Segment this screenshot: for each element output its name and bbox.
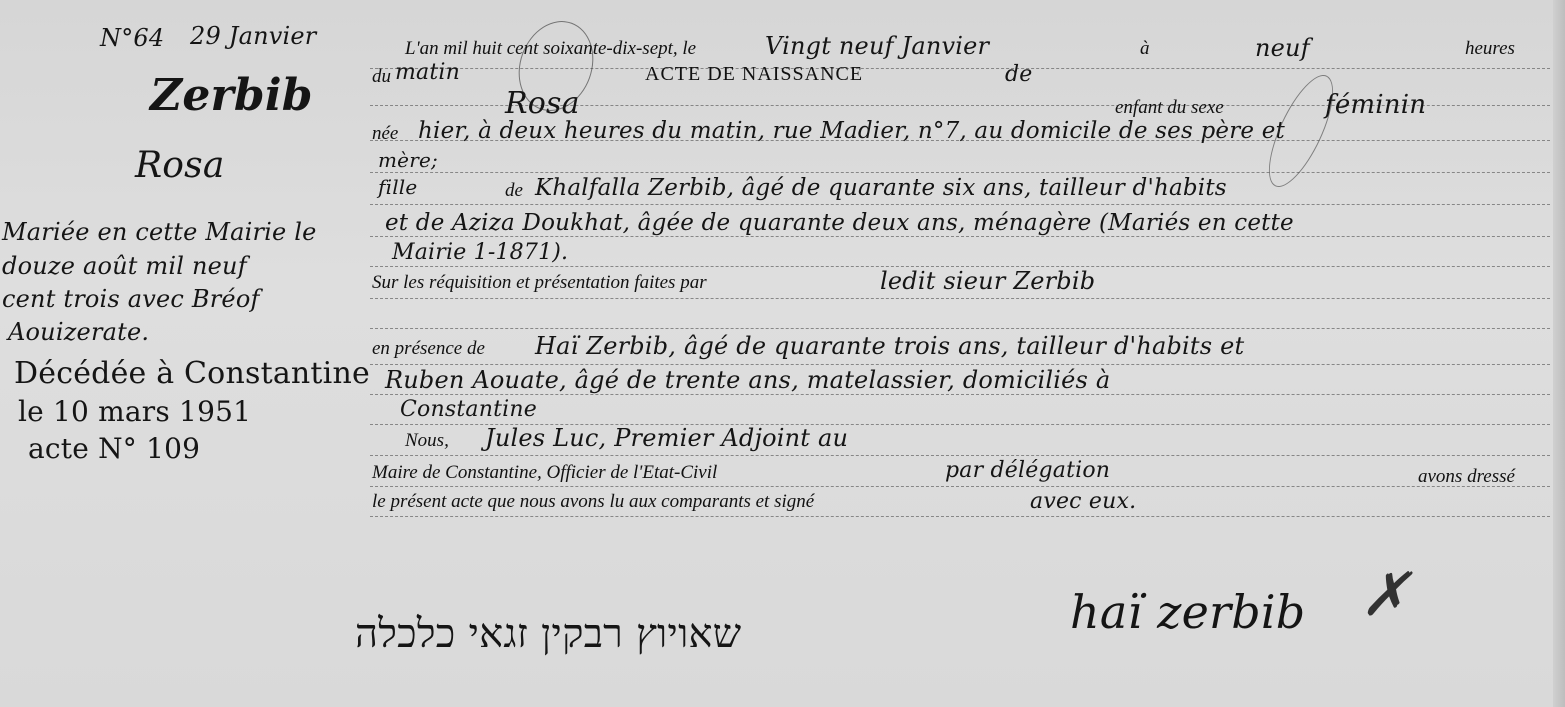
register-page: N°64 29 Janvier Zerbib Rosa Mariée en ce… (0, 0, 1565, 707)
ruled-line (370, 516, 1550, 517)
printed-text: heures (1465, 38, 1515, 60)
birth-date: Vingt neuf Janvier (765, 32, 989, 60)
printed-text: du (372, 66, 391, 88)
printed-text: le présent acte que nous avons lu aux co… (372, 491, 814, 513)
printed-text: fille (378, 175, 417, 199)
parents-marriage-ref: Mairie 1-1871). (392, 240, 568, 265)
marriage-annotation-line: Aouizerate. (8, 318, 149, 346)
printed-text: née (372, 123, 398, 145)
closing-text: avec eux. (1030, 489, 1136, 514)
witness-1: Haï Zerbib, âgé de quarante trois ans, t… (535, 332, 1244, 360)
margin-given-name: Rosa (135, 145, 225, 186)
ruled-line (370, 204, 1550, 205)
printed-text: Sur les réquisition et présentation fait… (372, 272, 707, 294)
printed-text: à (1140, 38, 1150, 60)
ruled-line (370, 394, 1550, 395)
ruled-line (370, 455, 1550, 456)
page-edge (1553, 0, 1565, 707)
printed-text: en présence de (372, 338, 485, 360)
printed-text: Nous, (405, 430, 449, 452)
document-title: ACTE DE NAISSANCE (645, 63, 863, 86)
birth-time-of-day: matin (395, 60, 460, 85)
act-number: N°64 (100, 24, 164, 52)
witness-2: Ruben Aouate, âgé de trente ans, matelas… (385, 366, 1110, 394)
birth-place-details: mère; (378, 148, 438, 172)
ruled-line (370, 236, 1550, 237)
marriage-annotation-line: douze août mil neuf (2, 252, 247, 280)
death-annotation-line: le 10 mars 1951 (18, 395, 251, 428)
birth-hour: neuf (1255, 34, 1310, 62)
printed-text: de (505, 180, 523, 202)
ruled-line (370, 172, 1550, 173)
death-annotation-line: Décédée à Constantine (14, 356, 370, 391)
mother-details: et de Aziza Doukhat, âgée de quarante de… (385, 210, 1294, 236)
declarant: ledit sieur Zerbib (880, 267, 1095, 295)
marriage-annotation-line: Mariée en cette Mairie le (2, 218, 317, 246)
birth-place-details: hier, à deux heures du matin, rue Madier… (418, 118, 1285, 144)
witness-signature: haï zerbib (1070, 585, 1305, 639)
marriage-annotation-line: cent trois avec Bréof (2, 285, 260, 313)
officer-name: Jules Luc, Premier Adjoint au (485, 424, 848, 452)
officer-capacity: par délégation (945, 458, 1110, 483)
ruled-line (370, 364, 1550, 365)
child-sex: féminin (1325, 90, 1426, 120)
margin-date: 29 Janvier (190, 22, 316, 50)
printed-text: de (1005, 62, 1033, 87)
father-details: Khalfalla Zerbib, âgé de quarante six an… (535, 175, 1227, 201)
margin-surname: Zerbib (150, 70, 313, 121)
ruled-line (370, 486, 1550, 487)
officer-paraph: ✗ (1360, 560, 1410, 630)
death-annotation-line: acte N° 109 (28, 432, 200, 465)
printed-text: enfant du sexe (1115, 97, 1224, 119)
printed-text: avons dressé (1418, 466, 1515, 488)
ruled-line (370, 328, 1550, 329)
hebrew-signature: שאויוץ רבקין זגאי כלכלה (355, 610, 741, 657)
printed-text: Maire de Constantine, Officier de l'Etat… (372, 462, 717, 484)
witness-residence: Constantine (400, 397, 537, 422)
ruled-line (370, 298, 1550, 299)
